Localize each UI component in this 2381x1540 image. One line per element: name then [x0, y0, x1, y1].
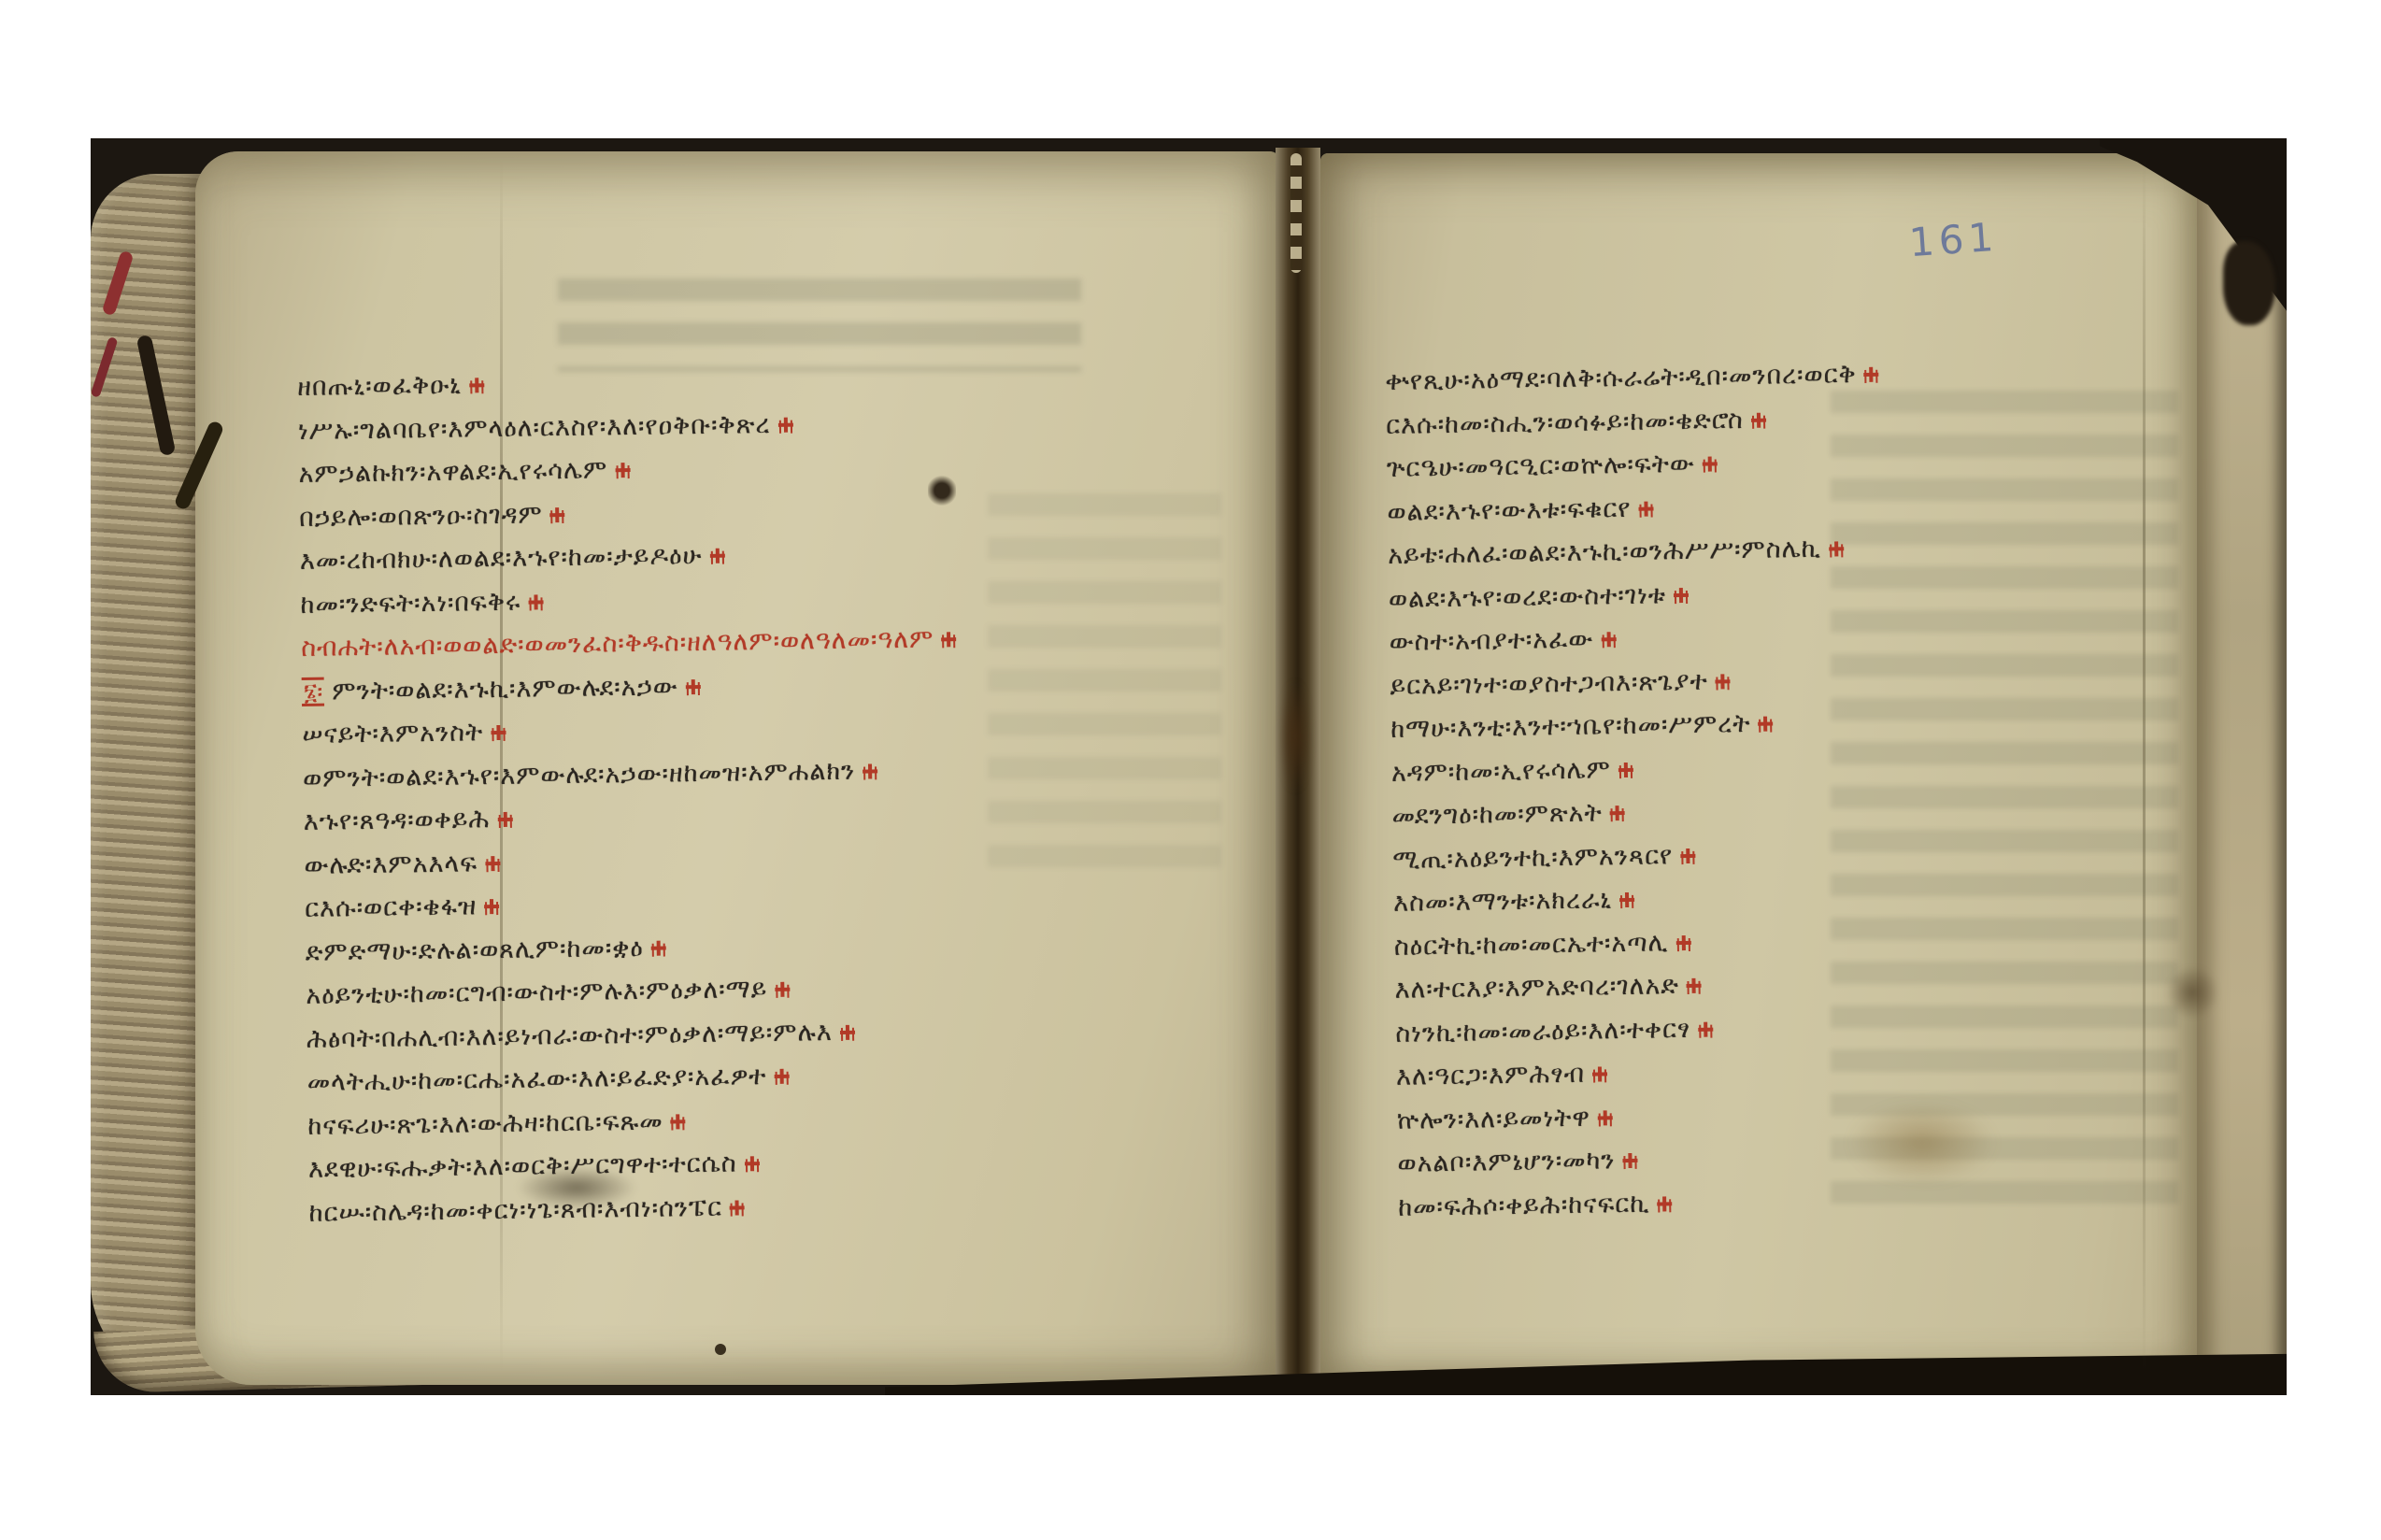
line-text: እደዊሁ፡ፍሑቃት፡እለ፡ወርቅ፡ሥርግዋተ፡ተርሴስ [308, 1149, 737, 1185]
line-text: ከናፍሪሁ፡ጽጌ፡እለ፡ውሕዛ፡ከርቤ፡ፍጹመ [307, 1106, 663, 1141]
line-end-cross-mark: ፨ [709, 549, 724, 563]
binding-stitches [1290, 153, 1302, 273]
line-end-cross-mark: ፨ [840, 1024, 855, 1039]
line-text: ውስተ፡አብያተ፡አፈው [1389, 625, 1593, 658]
line-text: ከርሡ፡ስሌዳ፡ከመ፡ቀርነ፡ነጌ፡ጸብ፡እብነ፡ሰንፔር [308, 1192, 722, 1228]
line-end-cross-mark: ፨ [671, 1114, 686, 1129]
line-end-cross-mark: ፨ [1829, 542, 1844, 557]
line-end-cross-mark: ፨ [1610, 806, 1625, 820]
right-page-text: ቍየጺሁ፡አዕማደ፡ባለቅ፡ሱራሬት፡ዲበ፡መንበረ፡ወርቅ ፨ ርእሱ፡ከመ፡… [1385, 349, 2193, 1230]
line-text: አምኃልኩክን፡አዋልደ፡ኢየሩሳሌም [298, 456, 607, 491]
line-text: ወልደ፡እኁየ፡ውእቱ፡ፍቁርየ [1387, 494, 1631, 528]
line-end-cross-mark: ፨ [1675, 935, 1690, 950]
line-text: ከመ፡ፍሕሶ፡ቀይሕ፡ከናፍርኪ [1398, 1189, 1650, 1222]
line-end-cross-mark: ፨ [491, 725, 506, 740]
line-text: ወልደ፡እኁየ፡ወረደ፡ውስተ፡ገነቱ [1389, 580, 1666, 615]
line-end-cross-mark: ፨ [651, 940, 666, 955]
line-text: ሕፅባት፡በሐሊብ፡እለ፡ይነብራ፡ውስተ፡ምዕቃለ፡ማይ፡ምሉእ [307, 1018, 833, 1055]
line-text: እመ፡ረከብክሁ፡ለወልደ፡እኁየ፡ከመ፡ታይዶዕሁ [300, 541, 703, 577]
gutter-stain [1279, 680, 1311, 792]
line-text: መላትሒሁ፡ከመ፡ርሔ፡አፈው፡እለ፡ይፈድያ፡አፈዎተ [307, 1062, 766, 1098]
line-end-cross-mark: ፨ [1622, 1153, 1637, 1168]
line-text: መደንግዕ፡ከመ፡ምጽአት [1391, 799, 1603, 833]
chapter-number: ፮፡ [302, 677, 325, 706]
line-end-cross-mark: ፨ [1864, 367, 1879, 382]
line-end-cross-mark: ፨ [469, 378, 484, 392]
line-end-cross-mark: ፨ [941, 632, 956, 647]
line-end-cross-mark: ፨ [485, 856, 500, 871]
line-end-cross-mark: ፨ [1703, 457, 1718, 472]
line-text: ቍየጺሁ፡አዕማደ፡ባለቅ፡ሱራሬት፡ዲበ፡መንበረ፡ወርቅ [1385, 360, 1857, 397]
line-end-cross-mark: ፨ [777, 417, 792, 432]
line-text: ወምንት፡ወልደ፡እኁየ፡እምውሉደ፡አኃው፡ዘከመዝ፡አምሐልክን [303, 756, 855, 793]
line-end-cross-mark: ፨ [1592, 1067, 1607, 1082]
line-text: ጕርዔሁ፡መዓርዒር፡ወኵሎ፡ፍትው [1387, 449, 1695, 484]
line-end-cross-mark: ፨ [1657, 1196, 1672, 1211]
line-end-cross-mark: ፨ [774, 1069, 789, 1084]
line-text: እኁየ፡ጸዓዳ፡ወቀይሕ [304, 805, 491, 837]
manuscript-photo: 161 ዘበጡኒ፡ወፈቅዑኒ ፨ ነሥኡ፡ግልባቤየ፡እምላዕለ፡ርእስየ፡እለ… [91, 138, 2287, 1395]
line-text: ውሉድ፡እምአእላፍ [304, 848, 478, 881]
line-end-cross-mark: ፨ [1674, 588, 1689, 603]
line-text: ዘበጡኒ፡ወፈቅዑኒ [297, 371, 462, 403]
line-end-cross-mark: ፨ [484, 899, 499, 914]
line-text: ምንት፡ወልደ፡እኁኪ፡እምውሉደ፡አኃው [332, 672, 678, 706]
line-end-cross-mark: ፨ [1716, 674, 1731, 689]
line-text: አዳም፡ከመ፡ኢየሩሳሌም [1391, 755, 1611, 789]
line-end-cross-mark: ፨ [1698, 1021, 1713, 1036]
line-text: በኃይሎ፡ወበጽንዑ፡ስገዳም [299, 500, 543, 534]
line-end-cross-mark: ፨ [1758, 717, 1773, 732]
line-end-cross-mark: ፨ [1618, 763, 1633, 777]
line-text: ይርአይ፡ገነተ፡ወያስተጋብእ፡ጽጌያተ [1390, 666, 1708, 701]
line-end-cross-mark: ፨ [1619, 892, 1634, 907]
line-text: እለ፡ዓርጋ፡እምሕፃብ [1396, 1060, 1586, 1092]
line-text: ነሥኡ፡ግልባቤየ፡እምላዕለ፡ርእስየ፡እለ፡የዐቅቡ፡ቅጽረ [298, 410, 771, 447]
line-text: ስብሐት፡ለአብ፡ወወልድ፡ወመንፈስ፡ቅዱስ፡ዘለዓለም፡ወለዓለመ፡ዓለም [301, 625, 934, 663]
line-text: ሠናይት፡እምአንስት [302, 719, 483, 751]
line-end-cross-mark: ፨ [1598, 1110, 1613, 1125]
line-end-cross-mark: ፨ [497, 812, 512, 827]
line-text: ከማሁ፡እንቲ፡እንተ፡ኀቤየ፡ከመ፡ሥምረት [1390, 709, 1751, 745]
line-text: እስመ፡እማንቱ፡አክረራኒ [1393, 886, 1612, 920]
line-text: ወአልቦ፡እምኔሆን፡መካን [1397, 1146, 1615, 1179]
line-text: እለ፡ተርእያ፡እምአድባረ፡ገለአድ [1394, 971, 1679, 1005]
line-end-cross-mark: ፨ [615, 463, 630, 478]
line-end-cross-mark: ፨ [1751, 412, 1766, 427]
line-end-cross-mark: ፨ [1687, 978, 1702, 993]
line-text: ርእሱ፡ከመ፡ስሒን፡ወሳፉይ፡ከመ፡ቄድሮስ [1386, 406, 1744, 441]
line-text: ስነንኪ፡ከመ፡መራዕይ፡እለ፡ተቀርፃ [1395, 1015, 1690, 1049]
line-end-cross-mark: ፨ [1638, 501, 1653, 516]
line-end-cross-mark: ፨ [775, 982, 790, 997]
line-text: ከመ፡ንድፍት፡አነ፡በፍቅሩ [300, 587, 520, 620]
line-end-cross-mark: ፨ [1601, 632, 1616, 647]
line-text: አይቴ፡ሐለፈ፡ወልደ፡እኁኪ፡ወንሕሥሥ፡ምስሌኪ [1388, 535, 1821, 571]
line-text: አዕይንቲሁ፡ከመ፡ርግብ፡ውስተ፡ምሉእ፡ምዕቃለ፡ማይ [306, 975, 767, 1011]
line-end-cross-mark: ፨ [863, 763, 877, 778]
line-end-cross-mark: ፨ [550, 507, 565, 522]
left-page-text: ዘበጡኒ፡ወፈቅዑኒ ፨ ነሥኡ፡ግልባቤየ፡እምላዕለ፡ርእስየ፡እለ፡የዐቅ… [297, 353, 1262, 1235]
line-end-cross-mark: ፨ [730, 1200, 745, 1215]
right-page-torn-edge [2197, 146, 2287, 1389]
line-text: ርእሱ፡ወርቀ፡ቄፋዝ [305, 892, 478, 925]
folio-number: 161 [1907, 214, 1999, 266]
line-end-cross-mark: ፨ [528, 594, 543, 609]
line-end-cross-mark: ፨ [686, 679, 701, 694]
line-text: ድምድማሁ፡ድሉል፡ወጸሊም፡ከመ፡ቋዕ [306, 934, 644, 968]
line-text: ኵሎን፡እለ፡ይመነትዋ [1397, 1103, 1591, 1135]
line-text: ሚጢ፡አዕይንተኪ፡እምአንጻርየ [1392, 841, 1673, 876]
line-text: ስዕርትኪ፡ከመ፡መርኤተ፡አጣሊ [1394, 928, 1669, 962]
line-end-cross-mark: ፨ [744, 1156, 759, 1171]
line-end-cross-mark: ፨ [1680, 848, 1695, 863]
